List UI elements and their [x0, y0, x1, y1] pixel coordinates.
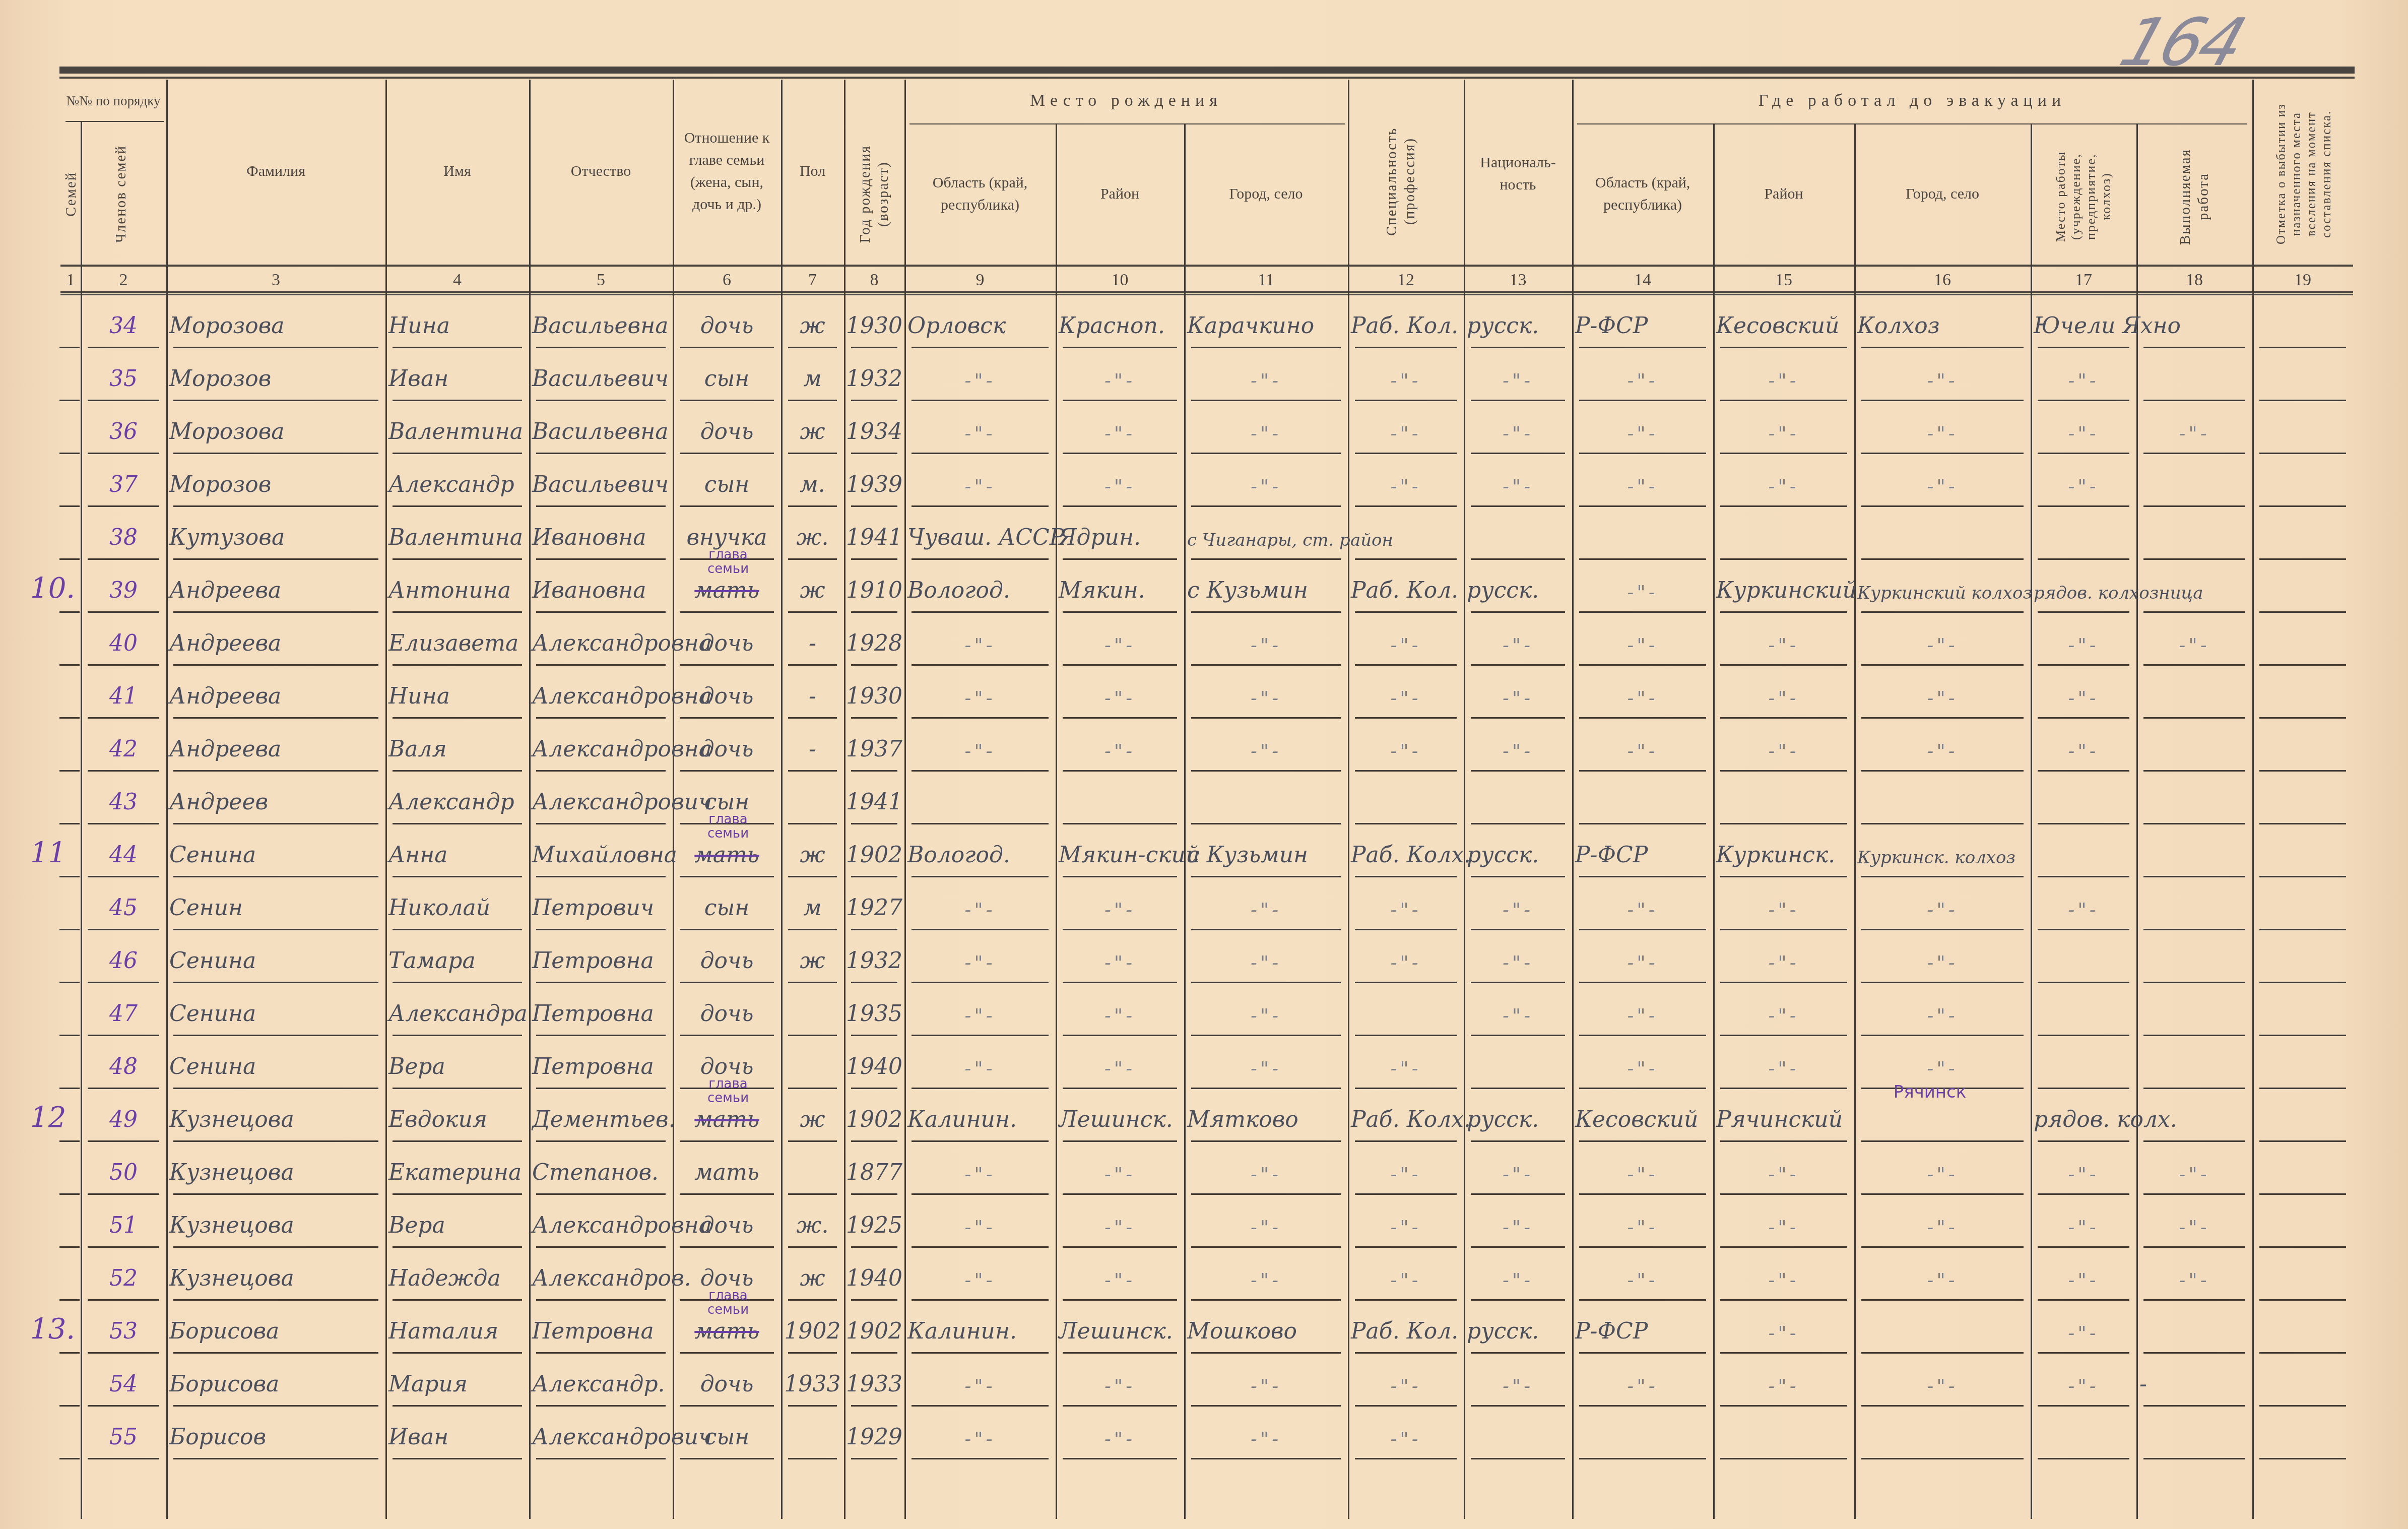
row-rule: [393, 1193, 522, 1195]
nationality: -"-: [1467, 615, 1569, 665]
row-rule: [1355, 1405, 1457, 1407]
birth-year: 1935: [847, 985, 901, 1036]
table-row: 38КутузоваВалентинаИвановнавнучкаж.1941Ч…: [0, 509, 2408, 562]
row-rule: [1191, 400, 1341, 401]
row-rule: [88, 400, 159, 401]
patronymic: Петровна: [532, 1303, 670, 1353]
row-rule: [2143, 664, 2245, 666]
row-rule: [2038, 505, 2129, 507]
nationality: русск.: [1467, 562, 1569, 612]
column-number: 16: [1854, 268, 2031, 292]
specialty: Раб. Кол.: [1351, 297, 1461, 348]
row-rule: [1861, 1193, 2024, 1195]
row-rule: [912, 1352, 1049, 1354]
row-rule: [1471, 1352, 1565, 1354]
nationality: -"-: [1467, 1144, 1569, 1194]
work-place: -"-: [2034, 456, 2133, 506]
member-number: 45: [84, 879, 163, 930]
birth-year: 1925: [847, 1197, 901, 1247]
birth-year: 1902: [847, 1303, 901, 1353]
family-number: 13.: [30, 1313, 75, 1346]
relation: дочь: [676, 297, 778, 348]
row-rule: [88, 929, 159, 930]
nationality: [1467, 509, 1569, 559]
row-rule: [1063, 505, 1177, 507]
birth-district: Ядрин.: [1059, 509, 1181, 559]
departure-note: [2255, 456, 2350, 506]
row-rule: [2143, 770, 2245, 772]
row-rule: [1471, 505, 1565, 507]
row-rule: [1191, 611, 1341, 613]
row-rule: [680, 717, 774, 719]
work-job: -: [2139, 1356, 2249, 1406]
specialty: Раб. Колх.: [1351, 1091, 1461, 1141]
row-rule: [88, 982, 159, 983]
specialty: -"-: [1351, 668, 1461, 718]
row-rule: [788, 929, 837, 930]
work-job: [2139, 932, 2249, 983]
work-region: [1575, 1409, 1710, 1459]
column-number: 13: [1464, 268, 1572, 292]
row-rule: [536, 664, 666, 666]
row-rule: [680, 347, 774, 348]
member-number: 40: [84, 615, 163, 665]
row-rule: [851, 929, 897, 930]
birth-year: 1910: [847, 562, 901, 612]
row-rule: [851, 664, 897, 666]
birth-district: Лешинск.: [1059, 1303, 1181, 1353]
column-number: 4: [385, 268, 529, 292]
row-rule: [1355, 982, 1457, 983]
departure-note: [2255, 297, 2350, 348]
row-rule: [1720, 823, 1847, 824]
column-number: 5: [529, 268, 673, 292]
row-rule: [393, 453, 522, 454]
row-rule: [1191, 770, 1341, 772]
row-rule: [536, 453, 666, 454]
row-rule: [788, 823, 837, 824]
row-rule: [173, 1088, 378, 1089]
birth-year: 1932: [847, 932, 901, 983]
work-job: [2139, 774, 2249, 824]
row-rule: [1579, 1140, 1706, 1142]
header-members: Членов семей: [101, 126, 141, 262]
row-rule: [1355, 717, 1457, 719]
row-rule: [2038, 1246, 2129, 1248]
row-rule: [2259, 664, 2346, 666]
row-rule: [680, 1140, 774, 1142]
row-rule: [173, 982, 378, 983]
surname: Борисова: [169, 1356, 382, 1406]
member-number: 53: [84, 1303, 163, 1353]
row-rule: [59, 770, 80, 772]
birth-region: Орловск: [907, 297, 1053, 348]
sex: 1902: [784, 1303, 841, 1353]
row-rule: [88, 453, 159, 454]
sex: [784, 985, 841, 1036]
member-number: 34: [84, 297, 163, 348]
row-rule: [851, 876, 897, 877]
birth-region: -"-: [907, 1250, 1053, 1300]
surname: Андреева: [169, 721, 382, 771]
row-rule: [1191, 1035, 1341, 1036]
row-rule: [59, 400, 80, 401]
header-specialty: Специальность (профессия): [1371, 101, 1431, 262]
relation: дочь: [676, 668, 778, 718]
work-job: [2139, 879, 2249, 930]
surname: Морозов: [169, 456, 382, 506]
row-rule: [2259, 1299, 2346, 1301]
birth-town: -"-: [1187, 456, 1345, 506]
work-region: -"-: [1575, 350, 1710, 401]
head-of-family-stamp: глава семьи: [690, 1289, 766, 1317]
row-rule: [1191, 558, 1341, 560]
row-rule: [1861, 505, 2024, 507]
row-rule: [912, 347, 1049, 348]
row-rule: [788, 1140, 837, 1142]
row-rule: [1861, 982, 2024, 983]
row-rule: [88, 717, 159, 719]
work-job: [2139, 1303, 2249, 1353]
row-rule: [1720, 1035, 1847, 1036]
specialty: [1351, 774, 1461, 824]
row-rule: [2259, 558, 2346, 560]
row-rule: [88, 1140, 159, 1142]
row-rule: [1355, 1088, 1457, 1089]
nationality: -"-: [1467, 1356, 1569, 1406]
member-number: 38: [84, 509, 163, 559]
row-rule: [2038, 823, 2129, 824]
first-name: Екатерина: [388, 1144, 526, 1194]
birth-year: 1929: [847, 1409, 901, 1459]
row-rule: [1579, 982, 1706, 983]
work-job: [2139, 985, 2249, 1036]
row-rule: [1355, 929, 1457, 930]
relation: сын: [676, 456, 778, 506]
row-rule: [2038, 982, 2129, 983]
first-name: Евдокия: [388, 1091, 526, 1141]
member-number: 43: [84, 774, 163, 824]
row-rule: [1579, 664, 1706, 666]
row-rule: [2038, 400, 2129, 401]
row-rule: [788, 717, 837, 719]
first-name: Иван: [388, 350, 526, 401]
row-rule: [536, 823, 666, 824]
row-rule: [536, 717, 666, 719]
row-rule: [2143, 505, 2245, 507]
row-rule: [88, 770, 159, 772]
work-district: Рячинский: [1716, 1091, 1851, 1141]
row-rule: [88, 664, 159, 666]
column-number: 19: [2252, 268, 2353, 292]
row-rule: [1355, 1035, 1457, 1036]
row-rule: [851, 505, 897, 507]
row-rule: [1720, 1458, 1847, 1459]
row-rule: [912, 929, 1049, 930]
first-name: Тамара: [388, 932, 526, 983]
departure-note: [2255, 721, 2350, 771]
relation: дочь: [676, 985, 778, 1036]
row-rule: [1720, 1140, 1847, 1142]
row-rule: [536, 1458, 666, 1459]
work-district: -"-: [1716, 721, 1851, 771]
birth-district: -"-: [1059, 615, 1181, 665]
header-relation: Отношение к главе семьи (жена, сын, дочь…: [673, 91, 781, 252]
row-rule: [1063, 558, 1177, 560]
member-number: 35: [84, 350, 163, 401]
row-rule: [912, 876, 1049, 877]
header-note: Отметка о выбытии из назначенного места …: [2257, 86, 2351, 262]
birth-district: -"-: [1059, 1409, 1181, 1459]
birth-district: -"-: [1059, 456, 1181, 506]
departure-note: [2255, 1303, 2350, 1353]
sex: ж.: [784, 509, 841, 559]
row-rule: [1355, 1299, 1457, 1301]
patronymic: Александровна: [532, 615, 670, 665]
row-rule: [59, 611, 80, 613]
patronymic: Дементьев.: [532, 1091, 670, 1141]
work-town: Колхоз: [1857, 297, 2028, 348]
row-rule: [1579, 1035, 1706, 1036]
row-rule: [536, 1352, 666, 1354]
row-rule: [912, 558, 1049, 560]
row-rule: [1063, 1352, 1177, 1354]
row-rule: [1191, 929, 1341, 930]
row-rule: [2143, 611, 2245, 613]
member-number: 50: [84, 1144, 163, 1194]
work-place: [2034, 985, 2133, 1036]
header-work-group: Где работал до эвакуации: [1572, 86, 2252, 116]
patronymic: Александровна: [532, 668, 670, 718]
sex: [784, 1144, 841, 1194]
relation: дочь: [676, 721, 778, 771]
specialty: -"-: [1351, 1197, 1461, 1247]
row-rule: [1861, 453, 2024, 454]
birth-district: Мякин-ский: [1059, 826, 1181, 877]
work-region: -"-: [1575, 985, 1710, 1036]
work-job: -"-: [2139, 1250, 2249, 1300]
row-rule: [788, 982, 837, 983]
row-rule: [680, 929, 774, 930]
surname: Андреева: [169, 615, 382, 665]
row-rule: [1063, 347, 1177, 348]
work-district: -"-: [1716, 1303, 1851, 1353]
row-rule: [1720, 1193, 1847, 1195]
row-rule: [680, 1193, 774, 1195]
row-rule: [1471, 664, 1565, 666]
row-rule: [59, 982, 80, 983]
row-rule: [1355, 1458, 1457, 1459]
row-rule: [393, 1088, 522, 1089]
row-rule: [788, 611, 837, 613]
work-region: -"-: [1575, 403, 1710, 454]
departure-note: [2255, 1409, 2350, 1459]
work-district: -"-: [1716, 668, 1851, 718]
row-rule: [1579, 876, 1706, 877]
row-rule: [393, 770, 522, 772]
header-work-job: Выполняемая работа: [2149, 131, 2240, 262]
row-rule: [173, 1405, 378, 1407]
surname: Андреева: [169, 668, 382, 718]
row-rule: [59, 929, 80, 930]
row-rule: [788, 400, 837, 401]
surname: Кутузова: [169, 509, 382, 559]
header-sex: Пол: [781, 81, 844, 262]
specialty: -"-: [1351, 615, 1461, 665]
column-number: 2: [81, 268, 166, 292]
work-district: Кесовский: [1716, 297, 1851, 348]
patronymic: Александровна: [532, 721, 670, 771]
departure-note: [2255, 774, 2350, 824]
row-rule: [2259, 876, 2346, 877]
specialty: [1351, 509, 1461, 559]
row-rule: [2038, 347, 2129, 348]
row-rule: [173, 558, 378, 560]
row-rule: [2143, 929, 2245, 930]
member-number: 51: [84, 1197, 163, 1247]
member-number: 47: [84, 985, 163, 1036]
row-rule: [851, 823, 897, 824]
row-rule: [59, 1405, 80, 1407]
row-rule: [851, 1352, 897, 1354]
patronymic: Степанов.: [532, 1144, 670, 1194]
work-region: -"-: [1575, 456, 1710, 506]
member-number: 54: [84, 1356, 163, 1406]
column-number: 6: [673, 268, 781, 292]
row-rule: [59, 1299, 80, 1301]
work-district: Куркинск.: [1716, 826, 1851, 877]
work-place: [2034, 1038, 2133, 1089]
column-number: 18: [2136, 268, 2252, 292]
row-rule: [2038, 1193, 2129, 1195]
row-rule: [1355, 876, 1457, 877]
head-of-family-stamp: глава семьи: [690, 812, 766, 841]
row-rule: [1191, 982, 1341, 983]
sex: [784, 1038, 841, 1089]
header-work-district: Район: [1713, 126, 1854, 262]
birth-district: -"-: [1059, 1038, 1181, 1089]
row-rule: [1471, 1246, 1565, 1248]
row-rule: [1861, 558, 2024, 560]
row-rule: [2259, 1458, 2346, 1459]
surname: Андреева: [169, 562, 382, 612]
work-region: -"-: [1575, 1250, 1710, 1300]
sex: ж: [784, 932, 841, 983]
departure-note: [2255, 1250, 2350, 1300]
row-rule: [912, 823, 1049, 824]
family-number: 12: [30, 1101, 66, 1134]
row-rule: [851, 611, 897, 613]
nationality: [1467, 774, 1569, 824]
work-town: [1857, 1303, 2028, 1353]
work-district: -"-: [1716, 403, 1851, 454]
family-number: 11: [30, 837, 66, 869]
row-rule: [1191, 1140, 1341, 1142]
row-rule: [2143, 453, 2245, 454]
nationality: -"-: [1467, 668, 1569, 718]
nationality: русск.: [1467, 1303, 1569, 1353]
row-rule: [1355, 400, 1457, 401]
table-row: 41АндрееваНинаАлександровнадочь-1930-"--…: [0, 668, 2408, 721]
relation: дочь: [676, 403, 778, 454]
header-order-number: №№ по порядку: [60, 81, 166, 121]
work-place: рядов. колх.: [2034, 1091, 2133, 1141]
birth-year: 1927: [847, 879, 901, 930]
header-bottom-rule: [60, 265, 2353, 267]
first-name: Александра: [388, 985, 526, 1036]
specialty: -"-: [1351, 1038, 1461, 1089]
row-rule: [1191, 664, 1341, 666]
row-rule: [912, 1088, 1049, 1089]
row-rule: [1063, 770, 1177, 772]
row-rule: [1720, 929, 1847, 930]
first-name: Анна: [388, 826, 526, 877]
row-rule: [1471, 453, 1565, 454]
first-name: Александр: [388, 456, 526, 506]
row-rule: [1720, 347, 1847, 348]
birth-region: Чуваш. АССР: [907, 509, 1053, 559]
header-patronymic: Отчество: [529, 81, 673, 262]
row-rule: [88, 876, 159, 877]
work-place: [2034, 509, 2133, 559]
row-rule: [1720, 770, 1847, 772]
row-rule: [851, 453, 897, 454]
patronymic: Васильевич: [532, 456, 670, 506]
row-rule: [1861, 1035, 2024, 1036]
row-rule: [2038, 611, 2129, 613]
row-rule: [536, 347, 666, 348]
birth-year: 1940: [847, 1250, 901, 1300]
row-rule: [851, 1140, 897, 1142]
table-row: 47СенинаАлександраПетровнадочь1935-"--"-…: [0, 985, 2408, 1038]
work-town: -"-: [1857, 403, 2028, 454]
work-region: Р-ФСР: [1575, 297, 1710, 348]
row-rule: [393, 505, 522, 507]
row-rule: [2038, 1088, 2129, 1089]
nationality: русск.: [1467, 826, 1569, 877]
birth-region: -"-: [907, 985, 1053, 1036]
departure-note: [2255, 985, 2350, 1036]
patronymic: Петрович: [532, 879, 670, 930]
row-rule: [2038, 1405, 2129, 1407]
row-rule: [393, 1246, 522, 1248]
row-rule: [2143, 1458, 2245, 1459]
work-district: Куркинский: [1716, 562, 1851, 612]
row-rule: [2038, 453, 2129, 454]
work-job: -"-: [2139, 615, 2249, 665]
specialty: -"-: [1351, 1356, 1461, 1406]
work-district: -"-: [1716, 350, 1851, 401]
row-rule: [2038, 770, 2129, 772]
birth-region: -"-: [907, 350, 1053, 401]
birth-year: 1930: [847, 668, 901, 718]
row-rule: [1579, 770, 1706, 772]
row-rule: [1191, 1352, 1341, 1354]
sex: ж: [784, 1250, 841, 1300]
patronymic: Васильевна: [532, 297, 670, 348]
row-rule: [536, 1299, 666, 1301]
row-rule: [2143, 1246, 2245, 1248]
row-rule: [1063, 400, 1177, 401]
row-rule: [851, 1246, 897, 1248]
row-rule: [1471, 558, 1565, 560]
row-rule: [173, 453, 378, 454]
row-rule: [1355, 1193, 1457, 1195]
row-rule: [2259, 1246, 2346, 1248]
row-rule: [1579, 717, 1706, 719]
row-rule: [536, 558, 666, 560]
row-rule: [393, 611, 522, 613]
